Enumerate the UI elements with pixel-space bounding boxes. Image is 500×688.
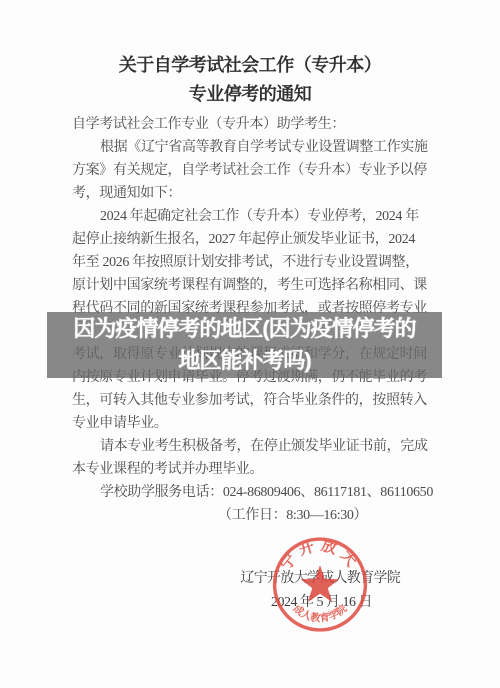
document-title: 关于自学考试社会工作（专升本） 专业停考的通知 (0, 51, 500, 108)
seal-arc-text: 辽宁开放大学 (271, 535, 363, 574)
watermark-headline-line2: 地区能补考吗) (178, 345, 310, 377)
watermark-headline-line1: 因为疫情停考的地区(因为疫情停考的 (73, 313, 415, 345)
body-line: 起停止接纳新生报名，2027 年起停止颁发毕业证书，2024 (72, 228, 417, 251)
seal-star-icon (301, 565, 340, 602)
body-line: 根据《辽宁省高等教育自学考试专业设置调整工作实施 (72, 136, 417, 159)
svg-text:辽宁开放大学: 辽宁开放大学 (271, 535, 363, 574)
body-line: 原计划中国家统考课程有调整的，考生可选择名称相同、课 (72, 274, 417, 297)
document-title-line1: 关于自学考试社会工作（专升本） (0, 51, 500, 80)
seal-bottom-text: 成人教育学院 (291, 601, 350, 624)
watermark-headline-band: 因为疫情停考的地区(因为疫情停考的 地区能补考吗) (47, 312, 442, 378)
body-line: 请本专业考生积极备考，在停止颁发毕业证书前，完成 (72, 435, 417, 458)
body-line: 本专业课程的考试并办理毕业。 (72, 458, 417, 481)
body-line: 学校助学服务电话：024-86809406、86117181、86110650 (72, 481, 417, 504)
body-line: 方案》有关规定，自学考试社会工作（专升本）专业予以停 (72, 159, 417, 182)
notice-document: 关于自学考试社会工作（专升本） 专业停考的通知 自学考试社会工作专业（专升本）助… (0, 0, 500, 688)
body-line: （工作日：8:30—16:30） (72, 504, 417, 527)
body-line: 生，可转入其他专业参加考试，符合毕业条件的，按照转入 (72, 389, 417, 412)
document-title-line2: 专业停考的通知 (0, 80, 500, 109)
official-seal-stamp: 辽宁开放大学 成人教育学院 (271, 535, 369, 634)
body-line: 自学考试社会工作专业（专升本）助学考生： (72, 113, 417, 136)
body-line: 年至 2026 年按照原计划安排考试，不进行专业设置调整， (72, 251, 417, 274)
body-line: 考，现通知如下： (72, 182, 417, 205)
body-line: 专业申请毕业。 (72, 412, 417, 435)
body-line: 2024 年起确定社会工作（专升本）专业停考，2024 年 (72, 205, 417, 228)
svg-text:成人教育学院: 成人教育学院 (291, 601, 350, 624)
